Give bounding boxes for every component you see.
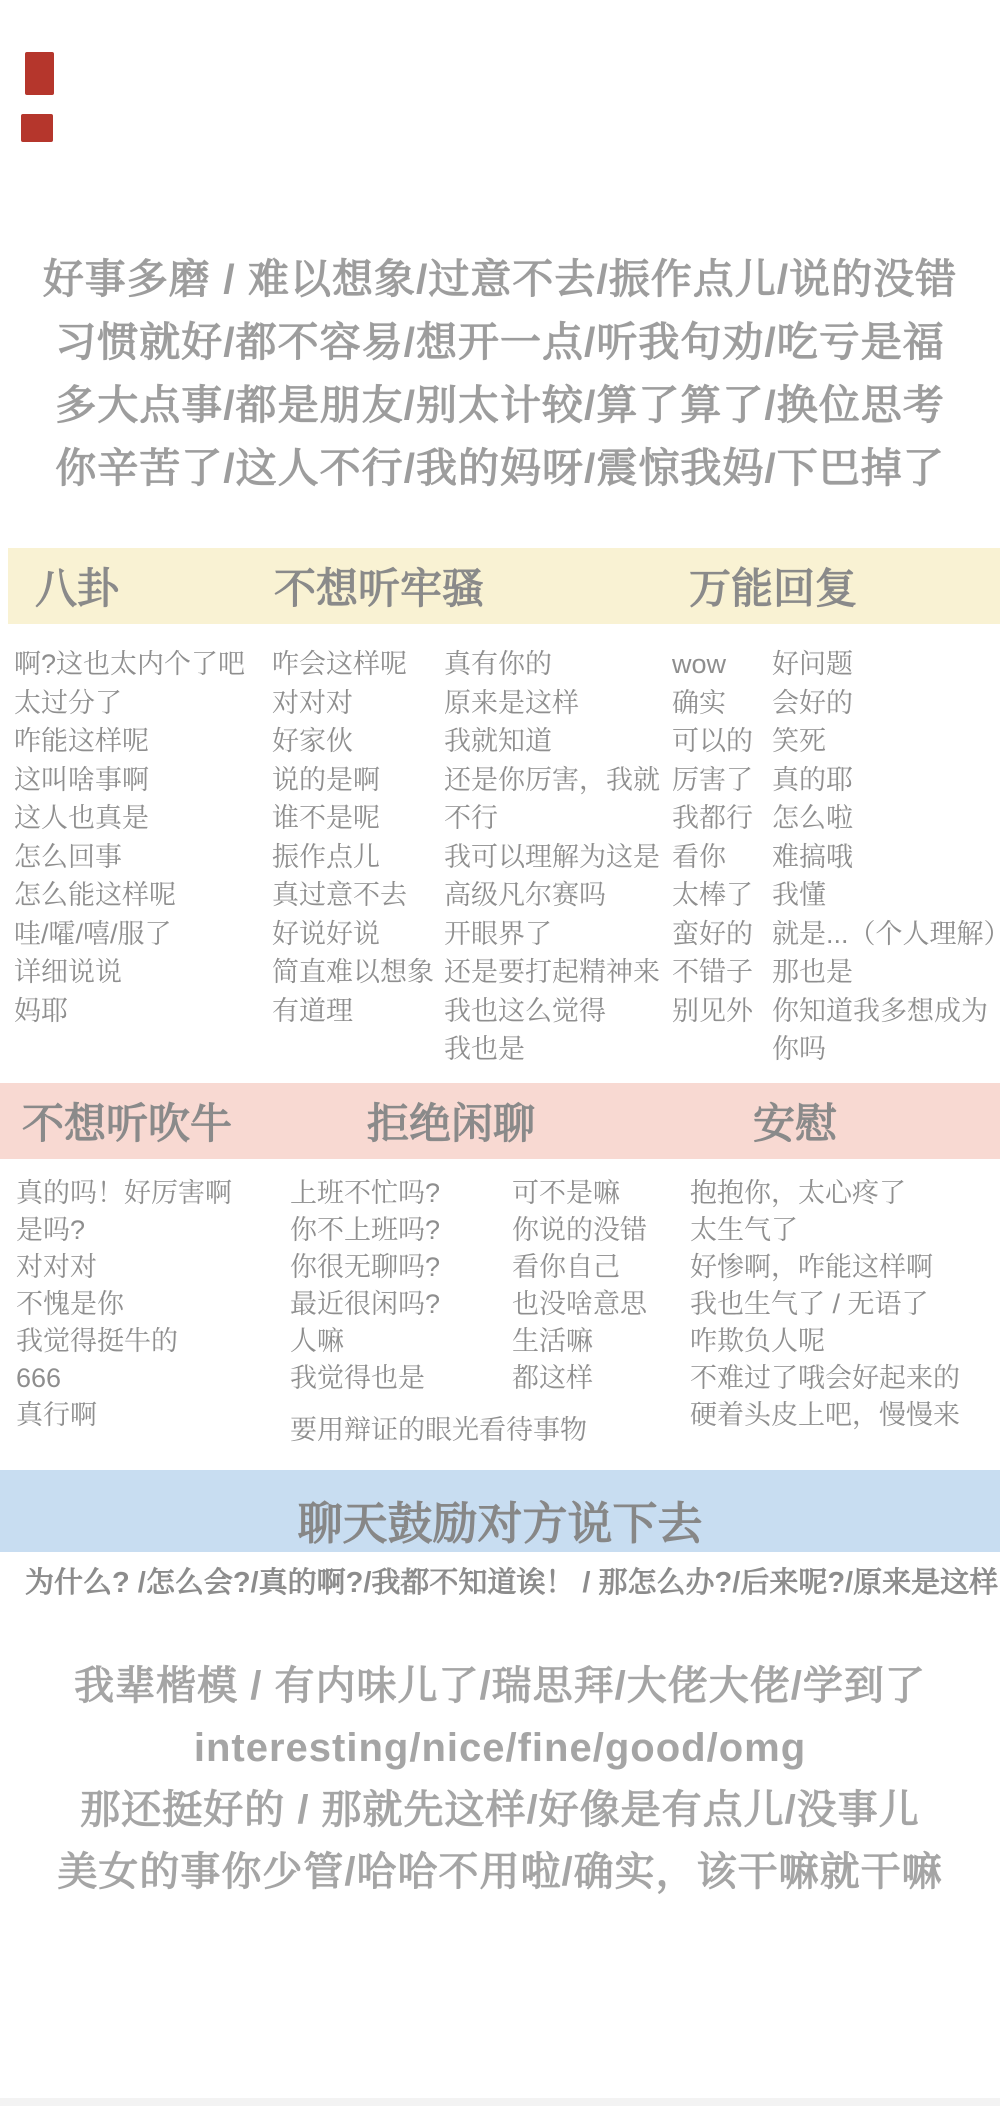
refuse-smalltalk-footer: 要用辩证的眼光看待事物 (290, 1408, 587, 1447)
encourage-phrases-line: 为什么? /怎么会?/真的啊?/我都不知道诶！ / 那怎么办?/后来呢?/原来是… (25, 1560, 1000, 1601)
list-item: 就是...（个人理解） (772, 915, 1000, 954)
phrase-line: 美女的事你少管/哈哈不用啦/确实，该干嘛就干嘛 (0, 1841, 1000, 1903)
list-item: 有道理 (272, 992, 472, 1031)
list-item: 我都行 (672, 799, 782, 838)
list-item: 咋能这样呢 (14, 722, 274, 761)
section-header-comfort: 安慰 (753, 1091, 837, 1151)
list-item: 振作点儿 (272, 838, 472, 877)
list-item: 妈耶 (14, 992, 274, 1031)
list-item: 人嘛 (290, 1323, 520, 1360)
list-item: 对对对 (272, 684, 472, 723)
list-item: 太生气了 (690, 1212, 1000, 1249)
refuse-smalltalk-column-a: 上班不忙吗?你不上班吗?你很无聊吗?最近很闲吗?人嘛我觉得也是 (290, 1175, 520, 1397)
list-item: 抱抱你，太心疼了 (690, 1175, 1000, 1212)
section-header-encourage: 聊天鼓励对方说下去 (297, 1487, 702, 1552)
list-item: 谁不是呢 (272, 799, 472, 838)
section-header-no-complaints: 不想听牢骚 (274, 556, 484, 616)
list-item: 我觉得也是 (290, 1360, 520, 1397)
phrase-line: 好事多磨 / 难以想象/过意不去/振作点儿/说的没错 (0, 248, 1000, 311)
list-item: 怎么啦 (772, 799, 1000, 838)
list-item: 看你 (672, 838, 782, 877)
red-corner-mark-icon (21, 114, 53, 142)
list-item: 太棒了 (672, 876, 782, 915)
no-complaints-column-a: 咋会这样呢对对对好家伙说的是啊谁不是呢振作点儿真过意不去好说好说简直难以想象有道… (272, 645, 472, 1030)
list-item: 你不上班吗? (290, 1212, 520, 1249)
intro-phrase-block: 好事多磨 / 难以想象/过意不去/振作点儿/说的没错 习惯就好/都不容易/想开一… (0, 248, 1000, 500)
list-item: 真行啊 (16, 1397, 306, 1434)
list-item: 这叫啥事啊 (14, 761, 274, 800)
list-item: 真过意不去 (272, 876, 472, 915)
phrase-line: 我辈楷模 / 有内味儿了/瑞思拜/大佬大佬/学到了 (0, 1655, 1000, 1717)
list-item: 不愧是你 (16, 1286, 306, 1323)
list-item: 说的是啊 (272, 761, 472, 800)
section-header-no-bragging: 不想听吹牛 (22, 1091, 232, 1151)
section-banner-gossip: 八卦 不想听牢骚 万能回复 (8, 548, 1000, 624)
list-item: 我也是 (444, 1030, 699, 1069)
list-item: 啊?这也太内个了吧 (14, 645, 274, 684)
list-item: 我也这么觉得 (444, 992, 699, 1031)
phrase-line: interesting/nice/fine/good/omg (0, 1717, 1000, 1779)
section-header-universal-replies: 万能回复 (689, 556, 857, 616)
list-item: wow (672, 645, 782, 684)
list-item: 开眼界了 (444, 915, 699, 954)
list-item: 确实 (672, 684, 782, 723)
list-item: 最近很闲吗? (290, 1286, 520, 1323)
universal-replies-column-a: wow确实可以的厉害了我都行看你太棒了蛮好的不错子别见外 (672, 645, 782, 1030)
list-item: 那也是 (772, 953, 1000, 992)
list-item: 怎么能这样呢 (14, 876, 274, 915)
list-item: 我觉得挺牛的 (16, 1323, 306, 1360)
gossip-column: 啊?这也太内个了吧太过分了咋能这样呢这叫啥事啊这人也真是怎么回事怎么能这样呢哇/… (14, 645, 274, 1030)
no-bragging-column: 真的吗！好厉害啊是吗?对对对不愧是你我觉得挺牛的666真行啊 (16, 1175, 306, 1434)
list-item: 哇/嚯/嘻/服了 (14, 915, 274, 954)
list-item: 蛮好的 (672, 915, 782, 954)
outro-phrase-block: 我辈楷模 / 有内味儿了/瑞思拜/大佬大佬/学到了 interesting/ni… (0, 1655, 1000, 1903)
phrase-line: 那还挺好的 / 那就先这样/好像是有点儿/没事儿 (0, 1779, 1000, 1841)
list-item: 咋会这样呢 (272, 645, 472, 684)
list-item: 我就知道 (444, 722, 699, 761)
list-item: 好家伙 (272, 722, 472, 761)
list-item: 你知道我多想成为 你吗 (772, 992, 1000, 1069)
list-item: 详细说说 (14, 953, 274, 992)
list-item: 好说好说 (272, 915, 472, 954)
list-item: 怎么回事 (14, 838, 274, 877)
list-item: 我可以理解为这是 高级凡尔赛吗 (444, 838, 699, 915)
section-banner-refuse: 不想听吹牛 拒绝闲聊 安慰 (0, 1083, 1000, 1159)
list-item: 真有你的 (444, 645, 699, 684)
list-item: 硬着头皮上吧，慢慢来 (690, 1397, 1000, 1434)
red-corner-mark-icon (25, 52, 54, 95)
list-item: 太过分了 (14, 684, 274, 723)
list-item: 我懂 (772, 876, 1000, 915)
universal-replies-column-b: 好问题会好的笑死真的耶怎么啦难搞哦我懂就是...（个人理解）那也是你知道我多想成… (772, 645, 1000, 1069)
list-item: 不难过了哦会好起来的 (690, 1360, 1000, 1397)
list-item: 好惨啊，咋能这样啊 (690, 1249, 1000, 1286)
phrase-line: 习惯就好/都不容易/想开一点/听我句劝/吃亏是福 (0, 311, 1000, 374)
list-item: 还是你厉害，我就 不行 (444, 761, 699, 838)
list-item: 会好的 (772, 684, 1000, 723)
list-item: 原来是这样 (444, 684, 699, 723)
section-header-refuse-smalltalk: 拒绝闲聊 (367, 1091, 535, 1151)
bottom-band (0, 2098, 1000, 2106)
chat-reply-cheatsheet: 好事多磨 / 难以想象/过意不去/振作点儿/说的没错 习惯就好/都不容易/想开一… (0, 0, 1000, 2106)
list-item: 还是要打起精神来 (444, 953, 699, 992)
list-item: 不错子 (672, 953, 782, 992)
phrase-line: 多大点事/都是朋友/别太计较/算了算了/换位思考 (0, 374, 1000, 437)
list-item: 可以的 (672, 722, 782, 761)
list-item: 咋欺负人呢 (690, 1323, 1000, 1360)
no-complaints-column-b: 真有你的原来是这样我就知道还是你厉害，我就 不行我可以理解为这是 高级凡尔赛吗开… (444, 645, 699, 1069)
list-item: 这人也真是 (14, 799, 274, 838)
comfort-column: 抱抱你，太心疼了太生气了好惨啊，咋能这样啊我也生气了 / 无语了咋欺负人呢不难过… (690, 1175, 1000, 1434)
list-item: 是吗? (16, 1212, 306, 1249)
list-item: 别见外 (672, 992, 782, 1031)
list-item: 对对对 (16, 1249, 306, 1286)
phrase-line: 你辛苦了/这人不行/我的妈呀/震惊我妈/下巴掉了 (0, 437, 1000, 500)
list-item: 你很无聊吗? (290, 1249, 520, 1286)
list-item: 真的吗！好厉害啊 (16, 1175, 306, 1212)
section-banner-encourage: 聊天鼓励对方说下去 (0, 1470, 1000, 1552)
list-item: 我也生气了 / 无语了 (690, 1286, 1000, 1323)
list-item: 666 (16, 1360, 306, 1397)
list-item: 上班不忙吗? (290, 1175, 520, 1212)
list-item: 笑死 (772, 722, 1000, 761)
list-item: 难搞哦 (772, 838, 1000, 877)
list-item: 简直难以想象 (272, 953, 472, 992)
list-item: 好问题 (772, 645, 1000, 684)
section-header-gossip: 八卦 (35, 556, 119, 616)
list-item: 厉害了 (672, 761, 782, 800)
list-item: 真的耶 (772, 761, 1000, 800)
